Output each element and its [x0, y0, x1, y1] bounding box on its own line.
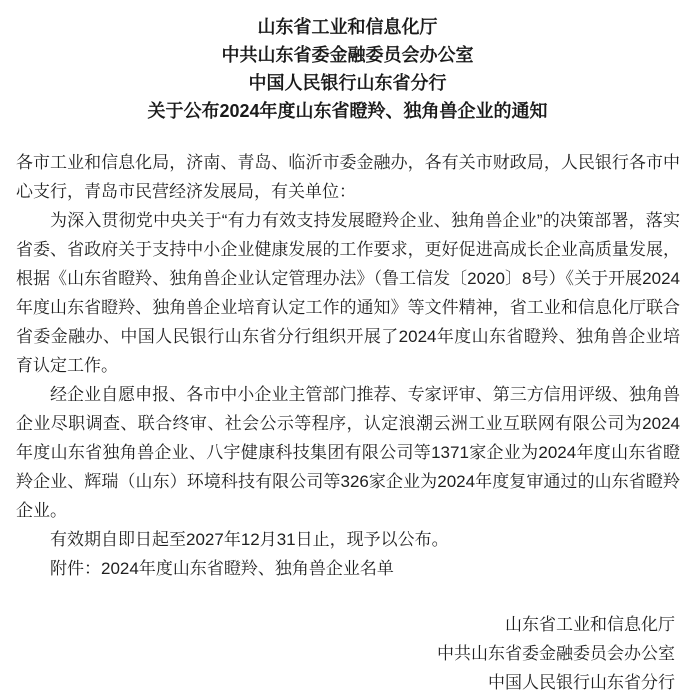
body-paragraph-2: 经企业自愿申报、各市中小企业主管部门推荐、专家评审、第三方信用评级、独角兽企业尽… [16, 380, 680, 525]
signature-line-2: 中共山东省委金融委员会办公室 [0, 639, 675, 668]
signature-line-1: 山东省工业和信息化厅 [0, 610, 675, 639]
issuer-line-3: 中国人民银行山东省分行 [0, 69, 695, 97]
notice-title: 关于公布2024年度山东省瞪羚、独角兽企业的通知 [0, 97, 695, 125]
body-paragraph-1: 为深入贯彻党中央关于“有力有效支持发展瞪羚企业、独角兽企业”的决策部署，落实省委… [16, 206, 680, 380]
signature-line-3: 中国人民银行山东省分行 [0, 668, 675, 697]
document-body: 各市工业和信息化局，济南、青岛、临沂市委金融办，各有关市财政局，人民银行各市中心… [0, 148, 695, 583]
notice-document-page: 山东省工业和信息化厅 中共山东省委金融委员会办公室 中国人民银行山东省分行 关于… [0, 0, 695, 699]
salutation-paragraph: 各市工业和信息化局，济南、青岛、临沂市委金融办，各有关市财政局，人民银行各市中心… [16, 148, 680, 206]
issuer-line-2: 中共山东省委金融委员会办公室 [0, 41, 695, 69]
issuer-line-1: 山东省工业和信息化厅 [0, 13, 695, 41]
body-paragraph-attachment: 附件：2024年度山东省瞪羚、独角兽企业名单 [16, 554, 680, 583]
body-paragraph-validity: 有效期自即日起至2027年12月31日止，现予以公布。 [16, 525, 680, 554]
signature-block: 山东省工业和信息化厅 中共山东省委金融委员会办公室 中国人民银行山东省分行 [0, 610, 695, 697]
document-title-block: 山东省工业和信息化厅 中共山东省委金融委员会办公室 中国人民银行山东省分行 关于… [0, 0, 695, 125]
